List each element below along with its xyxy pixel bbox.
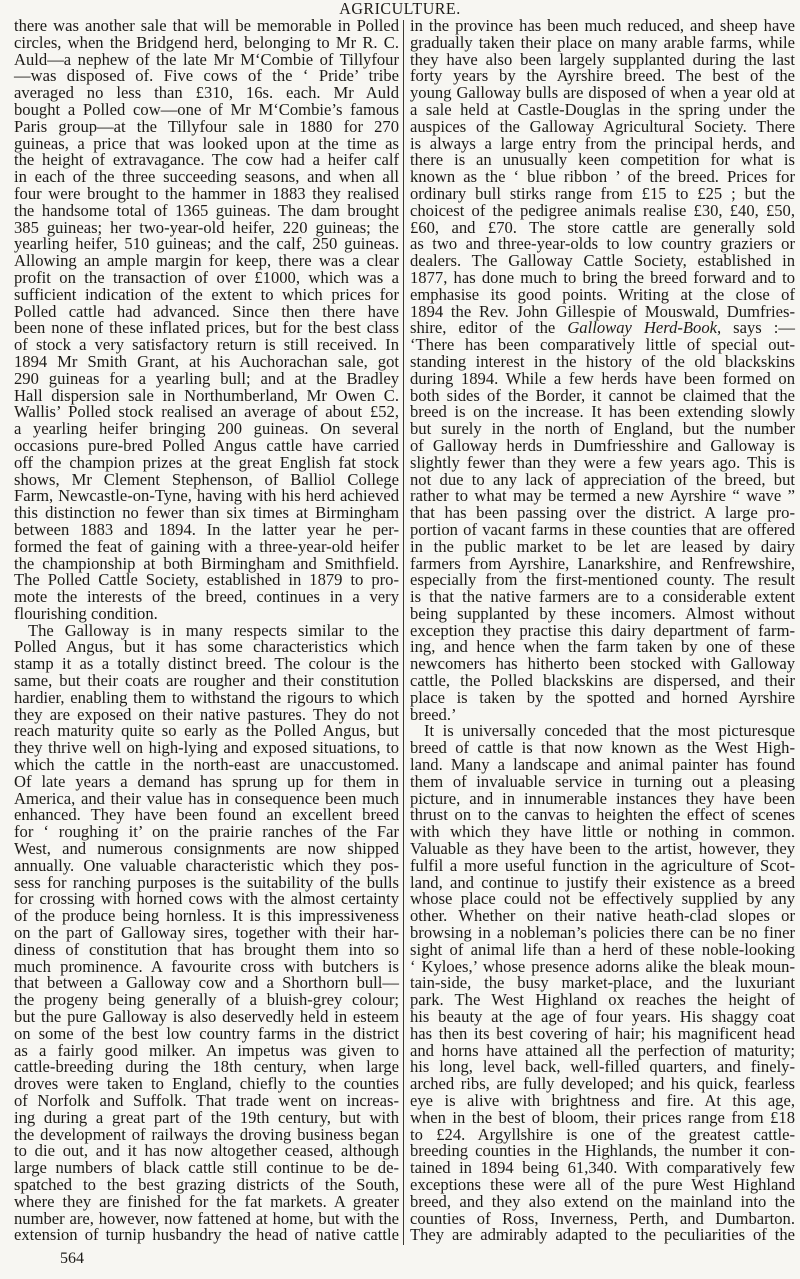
text-line: They are admirably adapted to the peculi… bbox=[410, 1227, 795, 1244]
text-line: off the champion prizes at the great Eng… bbox=[14, 455, 399, 472]
text-line: during 1894. While a few herds have been… bbox=[410, 371, 795, 388]
text-line: 290 guineas for a yearling bull; and at … bbox=[14, 371, 399, 388]
page-number: 564 bbox=[60, 1248, 84, 1270]
column-divider bbox=[403, 20, 404, 1245]
left-text-column: there was another sale that will be memo… bbox=[14, 18, 399, 1244]
text-line: formed the feat of gaining with a three-… bbox=[14, 539, 399, 556]
right-text-column: in the province has been much reduced, a… bbox=[410, 18, 795, 1244]
text-line: slightly fewer than they were a few year… bbox=[410, 455, 795, 472]
text-line: in the public market to be let are lease… bbox=[410, 539, 795, 556]
text-line: place is taken by the spotted and horned… bbox=[410, 690, 795, 707]
text-line: extension of turnip husbandry the head o… bbox=[14, 1227, 399, 1244]
